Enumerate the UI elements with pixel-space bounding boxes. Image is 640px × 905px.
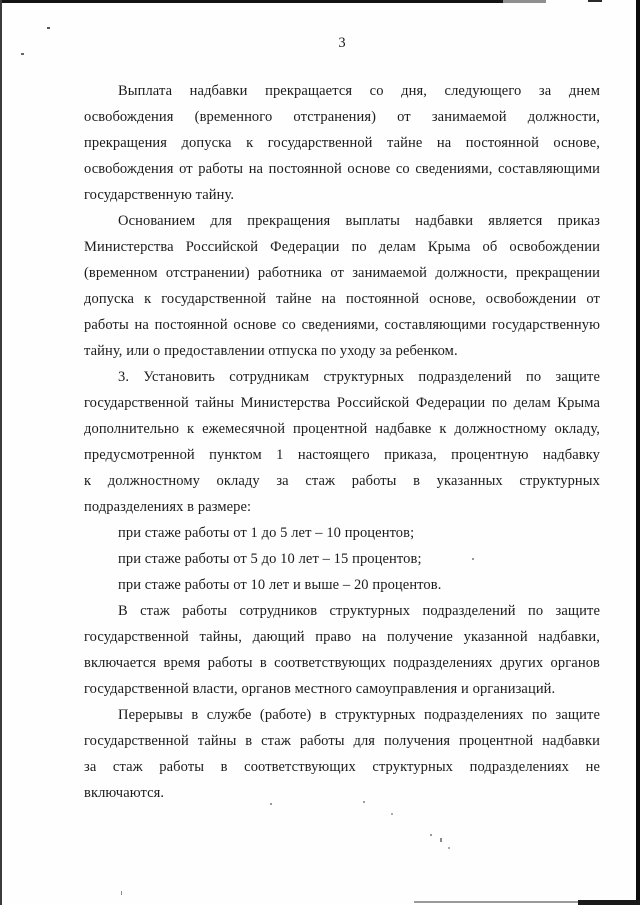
scan-speck [430, 834, 432, 836]
paragraph-termination-grounds: Основанием для прекращения выплаты надба… [84, 208, 600, 364]
scan-edge-top-dash [588, 0, 602, 2]
text-line: государственной тайны, дающий право на п… [84, 624, 600, 650]
paragraph-payment-termination: Выплата надбавки прекращается со дня, сл… [84, 78, 600, 208]
text-line: освобождения от работы на постоянной осн… [84, 156, 600, 182]
text-line: государственной тайны в стаж работы для … [84, 728, 600, 754]
text-line: Выплата надбавки прекращается со дня, сл… [84, 78, 600, 104]
text-line: дополнительно к ежемесячной процентной н… [84, 416, 600, 442]
paragraph-seniority-rates: при стаже работы от 1 до 5 лет – 10 проц… [84, 520, 600, 598]
text-line: предусмотренной пунктом 1 настоящего при… [84, 442, 600, 468]
text-line: государственной власти, органов местного… [84, 676, 600, 702]
text-line: государственную тайну. [84, 182, 600, 208]
text-line: Перерывы в службе (работе) в структурных… [84, 702, 600, 728]
text-line: подразделениях в размере: [84, 494, 600, 520]
scan-edge-top-line [0, 0, 503, 3]
scan-edge-bottom-gray [414, 901, 580, 903]
scan-speck [47, 27, 50, 29]
text-line: (временном отстранении) работника от зан… [84, 260, 600, 286]
paragraph-seniority-inclusion: В стаж работы сотрудников структурных по… [84, 598, 600, 702]
text-line: при стаже работы от 5 до 10 лет – 15 про… [84, 546, 600, 572]
text-line: работы на постоянной основе со сведениям… [84, 312, 600, 338]
text-line: В стаж работы сотрудников структурных по… [84, 598, 600, 624]
text-line: за стаж работы в соответствующих структу… [84, 754, 600, 780]
scan-edge-top-line-gray [503, 0, 546, 3]
scan-edge-right-line [636, 0, 640, 905]
text-line: освобождения (временного отстранения) от… [84, 104, 600, 130]
text-line: Основанием для прекращения выплаты надба… [84, 208, 600, 234]
scan-speck [440, 838, 442, 842]
text-line: при стаже работы от 10 лет и выше – 20 п… [84, 572, 600, 598]
scan-speck [448, 847, 450, 849]
text-line: включаются. [84, 780, 600, 806]
text-line: допуска к государственной тайне на посто… [84, 286, 600, 312]
scan-speck [391, 813, 393, 815]
scan-speck [21, 53, 24, 55]
text-line: включается время работы в соответствующи… [84, 650, 600, 676]
scanned-document-page: 3 Выплата надбавки прекращается со дня, … [0, 0, 640, 905]
document-body: Выплата надбавки прекращается со дня, сл… [84, 78, 600, 806]
text-line: к должностному окладу за стаж работы в у… [84, 468, 600, 494]
text-line: тайну, или о предоставлении отпуска по у… [84, 338, 600, 364]
scan-speck [121, 891, 122, 895]
text-line: 3. Установить сотрудникам структурных по… [84, 364, 600, 390]
paragraph-service-breaks: Перерывы в службе (работе) в структурных… [84, 702, 600, 806]
text-line: государственной тайны Министерства Росси… [84, 390, 600, 416]
text-line: при стаже работы от 1 до 5 лет – 10 проц… [84, 520, 600, 546]
text-line: прекращения допуска к государственной та… [84, 130, 600, 156]
page-number: 3 [84, 30, 600, 56]
text-line: Министерства Российской Федерации по дел… [84, 234, 600, 260]
paragraph-clause-3-seniority-bonus: 3. Установить сотрудникам структурных по… [84, 364, 600, 520]
scan-edge-left-line [0, 0, 2, 905]
scan-edge-bottom-black [578, 900, 640, 905]
